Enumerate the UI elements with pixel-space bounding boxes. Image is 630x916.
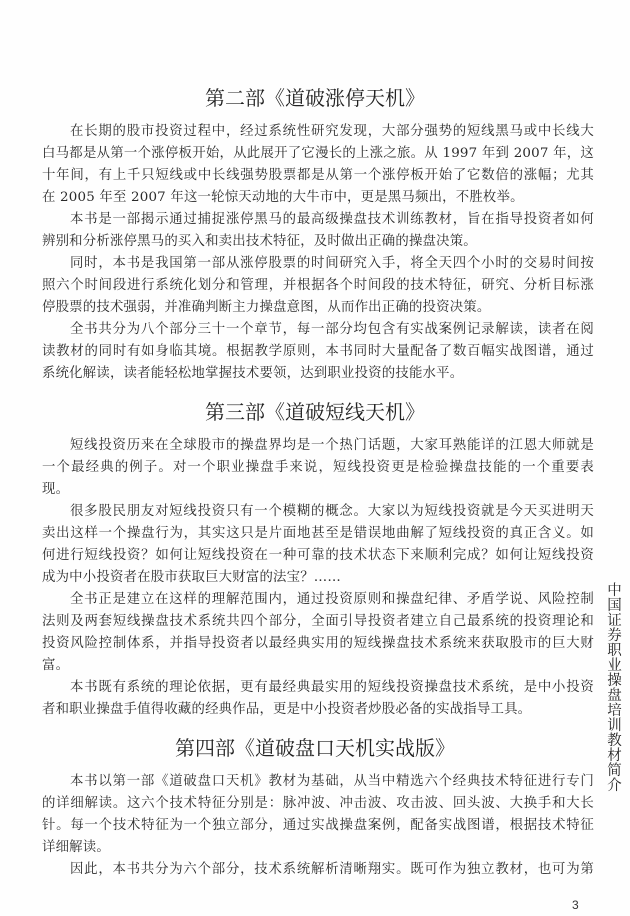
paragraph-line: 何进行短线投资？如何让短线投资在一种可靠的技术状态下来顺利完成？如何让短线投资: [42, 546, 594, 566]
section-title-part3: 第三部《道破短线天机》: [0, 400, 630, 424]
section-title-part4: 第四部《道破盘口天机实战版》: [0, 736, 630, 760]
paragraph-line: 很多股民朋友对短线投资只有一个模糊的概念。大家以为短线投资就是今天买进明天: [70, 502, 594, 522]
document-page: 第二部《道破涨停天机》 在长期的股市投资过程中，经过系统性研究发现，大部分强势的…: [0, 0, 630, 916]
paragraph-line: 停股票的技术强弱，并准确判断主力操盘意图，从而作出正确的投资决策。: [42, 298, 594, 318]
paragraph-line: 辨别和分析涨停黑马的买入和卖出技术特征，及时做出正确的操盘决策。: [42, 232, 594, 252]
paragraph-line: 成为中小投资者在股市获取巨大财富的法宝？……: [42, 568, 594, 588]
paragraph-line: 投资风险控制体系，并指导投资者以最经典实用的短线操盘技术系统来获取股市的巨大财: [42, 634, 594, 654]
side-label: 中国证券职业操盘培训教材简介: [604, 582, 622, 792]
paragraph-line: 本书既有系统的理论依据，更有最经典最实用的短线投资操盘技术系统，是中小投资: [70, 678, 594, 698]
paragraph-line: 者和职业操盘手值得收藏的经典作品，更是中小投资者炒股必备的实战指导工具。: [42, 700, 594, 720]
paragraph-line: 现。: [42, 480, 594, 500]
section-title-part2: 第二部《道破涨停天机》: [0, 86, 630, 110]
paragraph-line: 本书以第一部《道破盘口天机》教材为基础，从当中精选六个经典技术特征进行专门: [70, 772, 594, 792]
paragraph-line: 富。: [42, 656, 594, 676]
paragraph-line: 本书是一部揭示通过捕捉涨停黑马的最高级操盘技术训练教材，旨在指导投资者如何: [70, 210, 594, 230]
paragraph-line: 在长期的股市投资过程中，经过系统性研究发现，大部分强势的短线黑马或中长线大: [70, 122, 594, 142]
paragraph-line: 十年间，有上千只短线或中长线强势股票都是从第一个涨停板开始了它数倍的涨幅；尤其: [42, 166, 594, 186]
paragraph-line: 的详细解读。这六个技术特征分别是：脉冲波、冲击波、攻击波、回头波、大换手和大长: [42, 794, 594, 814]
page-number: 3: [572, 898, 579, 912]
paragraph-line: 在 2005 年至 2007 年这一轮惊天动地的大牛市中，更是黑马频出，不胜枚举…: [42, 188, 594, 208]
paragraph-line: 卖出这样一个操盘行为，其实这只是片面地甚至是错误地曲解了短线投资的真正含义。如: [42, 524, 594, 544]
paragraph-line: 法则及两套短线操盘技术系统共四个部分，全面引导投资者建立自己最系统的投资理论和: [42, 612, 594, 632]
paragraph-line: 白马都是从第一个涨停板开始，从此展开了它漫长的上涨之旅。从 1997 年到 20…: [42, 144, 594, 164]
paragraph-line: 一个最经典的例子。对一个职业操盘手来说，短线投资更是检验操盘技能的一个重要表: [42, 458, 594, 478]
paragraph-line: 读教材的同时有如身临其境。根据教学原则，本书同时大量配备了数百幅实战图谱，通过: [42, 342, 594, 362]
paragraph-line: 因此，本书共分为六个部分，技术系统解析清晰翔实。既可作为独立教材，也可为第: [70, 860, 594, 880]
paragraph-line: 针。每一个技术特征为一个独立部分，通过实战操盘案例，配备实战图谱，根据技术特征: [42, 816, 594, 836]
paragraph-line: 照六个时间段进行系统化划分和管理，并根据各个时间段的技术特征，研究、分析目标涨: [42, 276, 594, 296]
paragraph-line: 详细解读。: [42, 838, 594, 858]
paragraph-line: 短线投资历来在全球股市的操盘界均是一个热门话题，大家耳熟能详的江恩大师就是: [70, 436, 594, 456]
paragraph-line: 系统化解读，读者能轻松地掌握技术要领，达到职业投资的技能水平。: [42, 364, 594, 384]
paragraph-line: 同时，本书是我国第一部从涨停股票的时间研究入手，将全天四个小时的交易时间按: [70, 254, 594, 274]
paragraph-line: 全书共分为八个部分三十一个章节，每一部分均包含有实战案例记录解读，读者在阅: [70, 320, 594, 340]
paragraph-line: 全书正是建立在这样的理解范围内，通过投资原则和操盘纪律、矛盾学说、风险控制: [70, 590, 594, 610]
